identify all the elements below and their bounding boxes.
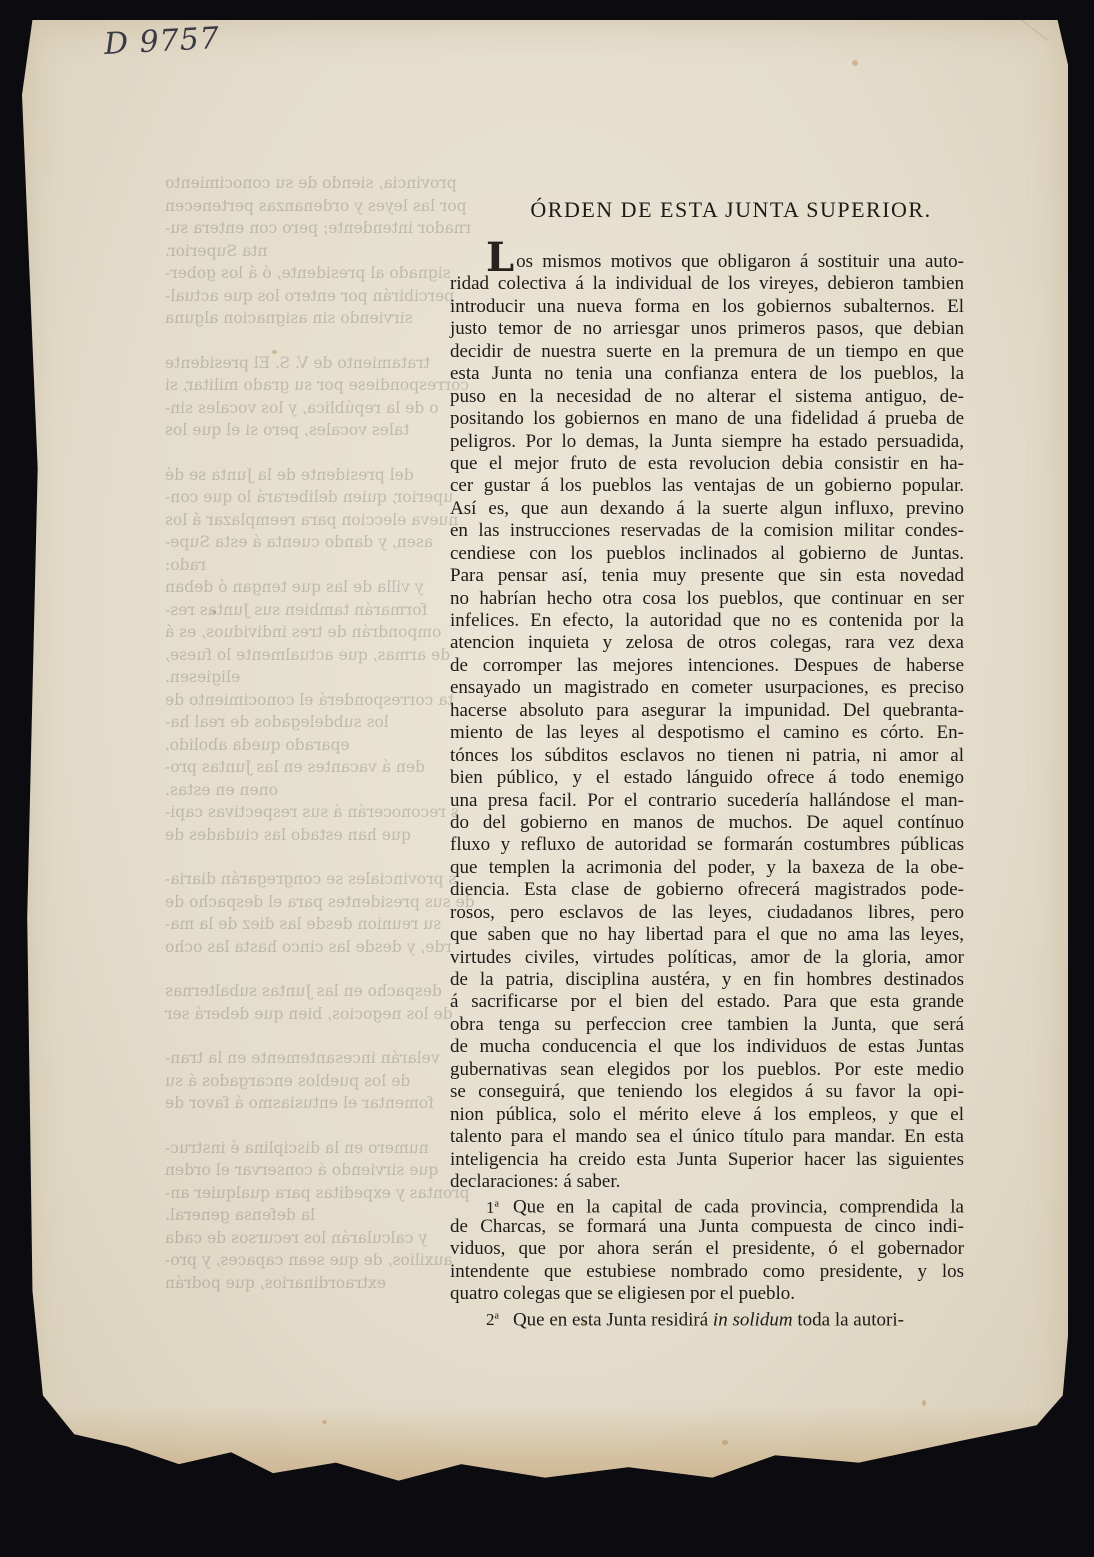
article-number: 1a <box>486 1198 499 1217</box>
bleed-line: prontas y expeditas para qualquier an- <box>165 1182 475 1205</box>
text-line: talento para el mando sea el único títul… <box>450 1126 964 1148</box>
text-line: Así es, que aun dexando á la suerte algu… <box>450 498 964 520</box>
foxing-spot <box>322 1420 327 1424</box>
text-line: infelices. En efecto, la autoridad que n… <box>450 610 964 632</box>
bleed-line <box>165 442 475 464</box>
text-line: hacerse absoluto para asegurar la impuni… <box>450 700 964 722</box>
document-title: ÓRDEN DE ESTA JUNTA SUPERIOR. <box>450 195 964 225</box>
text-line: introducir una nueva forma en los gobier… <box>450 296 964 318</box>
text-line: fluxo y refluxo de autoridad se formarán… <box>450 834 964 856</box>
bleed-line: que han estado las ciudades de <box>165 824 475 847</box>
text-line: tónces los súbditos esclavos no tienen n… <box>450 745 964 767</box>
bleed-line: eligiesen. <box>165 666 475 689</box>
bleed-line: sirviendo sin asignacion alguna <box>165 307 475 330</box>
text-line: obra tenga su perfeccion cree tambien la… <box>450 1014 964 1036</box>
bleed-line: signado al presidente, ó á los gober- <box>165 262 475 285</box>
water-stain <box>22 1405 1068 1515</box>
bleed-line: tratamiento de V. S. El presidente <box>165 352 475 375</box>
text-line: puso en la necesidad de no alterar el si… <box>450 386 964 408</box>
bleed-line: y calcularán los recursos de cada <box>165 1227 475 1250</box>
text-line: cendiese con los pueblos inclinados al g… <box>450 543 964 565</box>
bleed-line: de los pueblos encargados á su <box>165 1070 475 1093</box>
first-line-text: os mismos motivos que obligaron á sostit… <box>516 251 964 272</box>
text-line: que saben que no hay libertad para el qu… <box>450 924 964 946</box>
article-text: Que en la capital de cada provincia, com… <box>513 1197 964 1218</box>
bleed-line: auxilios, de que sean capaces, y pro- <box>165 1249 475 1272</box>
bleed-line <box>165 846 475 868</box>
bleed-line: formarán tambien sus Juntas res- <box>165 599 475 622</box>
bleed-line: extraordinarios, que podrán <box>165 1272 475 1295</box>
bleed-line <box>165 330 475 352</box>
text-line: de Charcas, se formará una Junta compues… <box>450 1216 964 1238</box>
bleed-line <box>165 1115 475 1137</box>
bleed-line: de armas, que actualmente lo fuese, <box>165 644 475 667</box>
bleed-line: de sus presidentes para el despacho de <box>165 891 475 914</box>
bleed-line: fomentar el entusiasmo á favor de <box>165 1092 475 1115</box>
text-line: gubernativas sean elegidos por los puebl… <box>450 1059 964 1081</box>
first-line: Los mismos motivos que obligaron á sosti… <box>450 251 964 273</box>
article-number: 2a <box>486 1310 499 1329</box>
bleed-through-text: provincia, siendo de su conocimientopor … <box>165 172 475 1294</box>
bleed-line: ompondrán de tres individuos, es á <box>165 621 475 644</box>
bleed-line: s reconocerán á sus respectivas capi- <box>165 801 475 824</box>
catalog-mark: D 9757 <box>103 21 221 62</box>
text-line: no habrían hecho otra cosa los pueblos, … <box>450 588 964 610</box>
text-line: de corromper las mejores intenciones. De… <box>450 655 964 677</box>
text-line: quatro colegas que se eligiesen por el p… <box>450 1283 964 1305</box>
drop-cap: L <box>486 247 514 269</box>
bleed-line: los subdelegados de real ha- <box>165 711 475 734</box>
text-line: miento de las leyes al despotismo el cam… <box>450 722 964 744</box>
bleed-line: nueva eleccion para reemplazar á los <box>165 509 475 532</box>
bleed-line: de los negocios, bien que deberá ser <box>165 1003 475 1026</box>
bleed-line <box>165 958 475 980</box>
body-paragraph: ridad colectiva á la individual de los v… <box>450 273 964 1193</box>
text-line: justo temor de no arriesgar unos primero… <box>450 318 964 340</box>
text-line: una presa facil. Por el contrario sucede… <box>450 790 964 812</box>
text-line: atencion inquieta y zelosa de otros cole… <box>450 632 964 654</box>
bleed-line: la defensa general. <box>165 1204 475 1227</box>
foxing-spot <box>722 1440 728 1445</box>
foxing-spot <box>852 60 858 66</box>
text-line: declaraciones: á saber. <box>450 1171 964 1193</box>
text-line: que el mejor fruto de esta revolucion de… <box>450 453 964 475</box>
bleed-line: rde, y desde las cinco hasta las ocho <box>165 936 475 959</box>
text-line: diencia. Esta clase de gobierno ofrecerá… <box>450 879 964 901</box>
text-line: virtudes civiles, virtudes políticas, am… <box>450 947 964 969</box>
article-2-first-line: 2aQue en esta Junta residirá in solidum … <box>450 1306 964 1328</box>
article-text: toda la autori- <box>793 1309 904 1330</box>
text-line: Para pensar así, tenia muy presente que … <box>450 565 964 587</box>
bleed-line: rado: <box>165 554 475 577</box>
text-line: en las instrucciones reservadas de la co… <box>450 520 964 542</box>
bleed-line: nta Superior. <box>165 240 475 263</box>
text-line: de mucha conducencia el que los individu… <box>450 1036 964 1058</box>
corner-fold-crease <box>937 0 1048 41</box>
bleed-line: eparado queda abolido. <box>165 734 475 757</box>
text-line: que templen la acrimonia del poder, y la… <box>450 857 964 879</box>
bleed-line: onen en estas. <box>165 779 475 802</box>
text-line: peligros. Por lo demas, la Junta siempre… <box>450 431 964 453</box>
text-line: cer gustar á los pueblos las ventajas de… <box>450 475 964 497</box>
bleed-line: s provinciales se congregarán diaria- <box>165 868 475 891</box>
latin-phrase: in solidum <box>713 1309 793 1330</box>
text-line: intendente que estubiese nombrado como p… <box>450 1261 964 1283</box>
bleed-line: correspondiese por su grado militar, si <box>165 374 475 397</box>
bleed-line: que sirviendo á conservar el orden <box>165 1159 475 1182</box>
bleed-line: den á vacantes en las Juntas pro- <box>165 756 475 779</box>
bleed-line: uperior, quien deliberará lo que con- <box>165 486 475 509</box>
text-line: positando los gobiernos en mano de una f… <box>450 408 964 430</box>
text-line: ridad colectiva á la individual de los v… <box>450 273 964 295</box>
article-1-body: de Charcas, se formará una Junta compues… <box>450 1216 964 1306</box>
bleed-line: del presidente de la Junta se dé <box>165 464 475 487</box>
bleed-line: velarán incesantemente en la tran- <box>165 1047 475 1070</box>
bleed-line: asen, y dando cuenta á esta Supe- <box>165 531 475 554</box>
article-1-first-line: 1aQue en la capital de cada provincia, c… <box>450 1193 964 1215</box>
foxing-spot <box>922 1400 926 1406</box>
text-line: nion pública, solo el mérito eleve á los… <box>450 1104 964 1126</box>
bleed-line: ta corresponderá el conocimiento de <box>165 689 475 712</box>
bleed-line: su reunion desde las diez de la ma- <box>165 913 475 936</box>
text-line: rosos, pero esclavos de las leyes, ciuda… <box>450 902 964 924</box>
text-line: decidir de nuestra suerte en la premura … <box>450 341 964 363</box>
bleed-line: despacho en las Juntas subalternas <box>165 980 475 1003</box>
text-line: inteligencia ha creido esta Junta Superi… <box>450 1149 964 1171</box>
bleed-line: provincia, siendo de su conocimiento <box>165 172 475 195</box>
bleed-line: o de la república, y los vocales sin- <box>165 397 475 420</box>
text-line: se conseguirá, que teniendo los elegidos… <box>450 1081 964 1103</box>
bleed-line: rnador intendente; pero con entera su- <box>165 217 475 240</box>
bleed-line: y villa de las que tengan ó deban <box>165 576 475 599</box>
main-text-column: ÓRDEN DE ESTA JUNTA SUPERIOR. Los mismos… <box>450 195 964 1328</box>
text-line: bien público, y el estado lánguido ofrec… <box>450 767 964 789</box>
text-line: do del gobierno en manos de muchos. De a… <box>450 812 964 834</box>
bleed-line <box>165 1025 475 1047</box>
bleed-line: numero en la disciplina é instruc- <box>165 1137 475 1160</box>
text-line: esta Junta no tenia una confianza entera… <box>450 363 964 385</box>
bleed-line: por las leyes y ordenanzas pertenecen <box>165 195 475 218</box>
text-line: de la patria, disciplina austéra, y en f… <box>450 969 964 991</box>
text-line: ensayado un magistrado en cometer usurpa… <box>450 677 964 699</box>
bleed-line: tales vocales, pero si el que los <box>165 419 475 442</box>
article-text: Que en esta Junta residirá <box>513 1309 713 1330</box>
text-line: viduos, que por ahora serán el president… <box>450 1238 964 1260</box>
text-line: á sacrificarse por el bien del estado. P… <box>450 991 964 1013</box>
bleed-line: percibirán por entero los que actual- <box>165 285 475 308</box>
